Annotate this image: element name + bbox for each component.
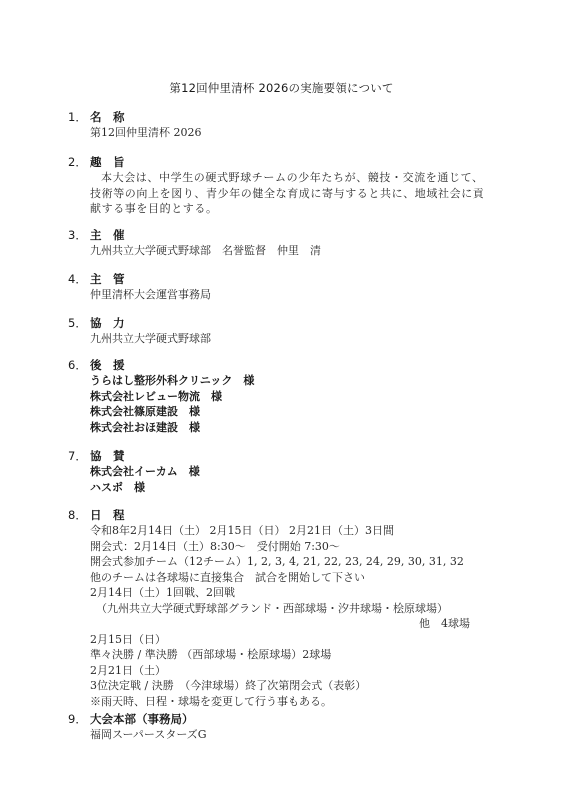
schedule-line: ※雨天時、日程・球場を変更して行う事もある。	[68, 694, 508, 710]
schedule-line: 他のチームは各球場に直接集合 試合を開始して下さい	[68, 570, 508, 586]
section-number: 3．	[68, 228, 90, 243]
section-heading: 9．大会本部（事務局）	[68, 712, 508, 727]
section-text: 九州共立大学硬式野球部	[68, 331, 508, 347]
sponsor-line: 株式会社篠原建設 様	[68, 404, 508, 420]
section-text: 福岡スーパースターズG	[68, 727, 508, 743]
schedule-line: 3位決定戦 / 決勝 （今津球場）終了次第閉会式（表彰）	[68, 678, 508, 694]
section-heading: 4．主 管	[68, 272, 508, 287]
section-label: 主 管	[90, 272, 125, 286]
section-heading: 7．協 賛	[68, 449, 508, 464]
section-number: 4．	[68, 272, 90, 287]
section-heading: 2．趣 旨	[68, 155, 508, 170]
sponsor-line: うらはし整形外科クリニック 様	[68, 373, 508, 389]
section-heading: 6．後 援	[68, 358, 508, 373]
section-label: 日 程	[90, 508, 125, 522]
sponsor-line: ハスポ 様	[68, 480, 508, 496]
section-number: 7．	[68, 449, 90, 464]
section-label: 大会本部（事務局）	[90, 712, 194, 726]
section-sponsorship: 7．協 賛 株式会社イーカム 様 ハスポ 様	[68, 449, 508, 495]
document-page: 第12回仲里清杯 2026の実施要領について 1．名 称 第12回仲里清杯 20…	[0, 0, 563, 792]
schedule-line: 2月14日（土）1回戦、2回戦	[68, 585, 508, 601]
section-purpose: 2．趣 旨 本大会は、中学生の硬式野球チームの少年たちが、競技・交流を通じて、技…	[68, 155, 508, 217]
section-name: 1．名 称 第12回仲里清杯 2026	[68, 110, 508, 141]
section-organizer: 3．主 催 九州共立大学硬式野球部 名誉監督 仲里 清	[68, 228, 508, 259]
schedule-line: 令和8年2月14日（土） 2月15日（日） 2月21日（土）3日間	[68, 523, 508, 539]
schedule-line: 2月15日（日）	[68, 632, 508, 648]
section-number: 2．	[68, 155, 90, 170]
section-heading: 1．名 称	[68, 110, 508, 125]
section-cooperation: 5．協 力 九州共立大学硬式野球部	[68, 316, 508, 347]
section-heading: 5．協 力	[68, 316, 508, 331]
section-support: 6．後 援 うらはし整形外科クリニック 様 株式会社レビュー物流 様 株式会社篠…	[68, 358, 508, 435]
section-text: 第12回仲里清杯 2026	[68, 125, 508, 141]
section-label: 後 援	[90, 358, 125, 372]
schedule-line: 準々決勝 / 準決勝 （西部球場・桧原球場）2球場	[68, 647, 508, 663]
section-label: 主 催	[90, 228, 125, 242]
section-heading: 8．日 程	[68, 508, 508, 523]
purpose-paragraph: 本大会は、中学生の硬式野球チームの少年たちが、競技・交流を通じて、技術等の向上を…	[68, 170, 485, 217]
section-text: 九州共立大学硬式野球部 名誉監督 仲里 清	[68, 243, 508, 259]
section-number: 8．	[68, 508, 90, 523]
section-label: 協 賛	[90, 449, 125, 463]
schedule-line: 2月21日（土）	[68, 663, 508, 679]
sponsor-line: 株式会社レビュー物流 様	[68, 389, 508, 405]
section-label: 協 力	[90, 316, 125, 330]
section-number: 5．	[68, 316, 90, 331]
section-number: 6．	[68, 358, 90, 373]
section-management: 4．主 管 仲里清杯大会運営事務局	[68, 272, 508, 303]
section-label: 趣 旨	[90, 155, 125, 169]
sponsor-line: 株式会社おほ建設 様	[68, 420, 508, 436]
schedule-line: （九州共立大学硬式野球部グランド・西部球場・汐井球場・桧原球場）	[68, 601, 508, 617]
sponsor-line: 株式会社イーカム 様	[68, 464, 508, 480]
section-headquarters: 9．大会本部（事務局） 福岡スーパースターズG	[68, 712, 508, 743]
section-schedule: 8．日 程 令和8年2月14日（土） 2月15日（日） 2月21日（土）3日間 …	[68, 508, 508, 709]
section-label: 名 称	[90, 110, 125, 124]
section-number: 9．	[68, 712, 90, 727]
schedule-line: 開会式：2月14日（土）8:30～ 受付開始 7:30～	[68, 539, 508, 555]
schedule-line: 開会式参加チーム（12チーム）1, 2, 3, 4, 21, 22, 23, 2…	[68, 554, 508, 570]
schedule-line: 他 4球場	[68, 616, 470, 632]
section-text: 仲里清杯大会運営事務局	[68, 287, 508, 303]
section-heading: 3．主 催	[68, 228, 508, 243]
document-title: 第12回仲里清杯 2026の実施要領について	[0, 80, 563, 96]
section-number: 1．	[68, 110, 90, 125]
